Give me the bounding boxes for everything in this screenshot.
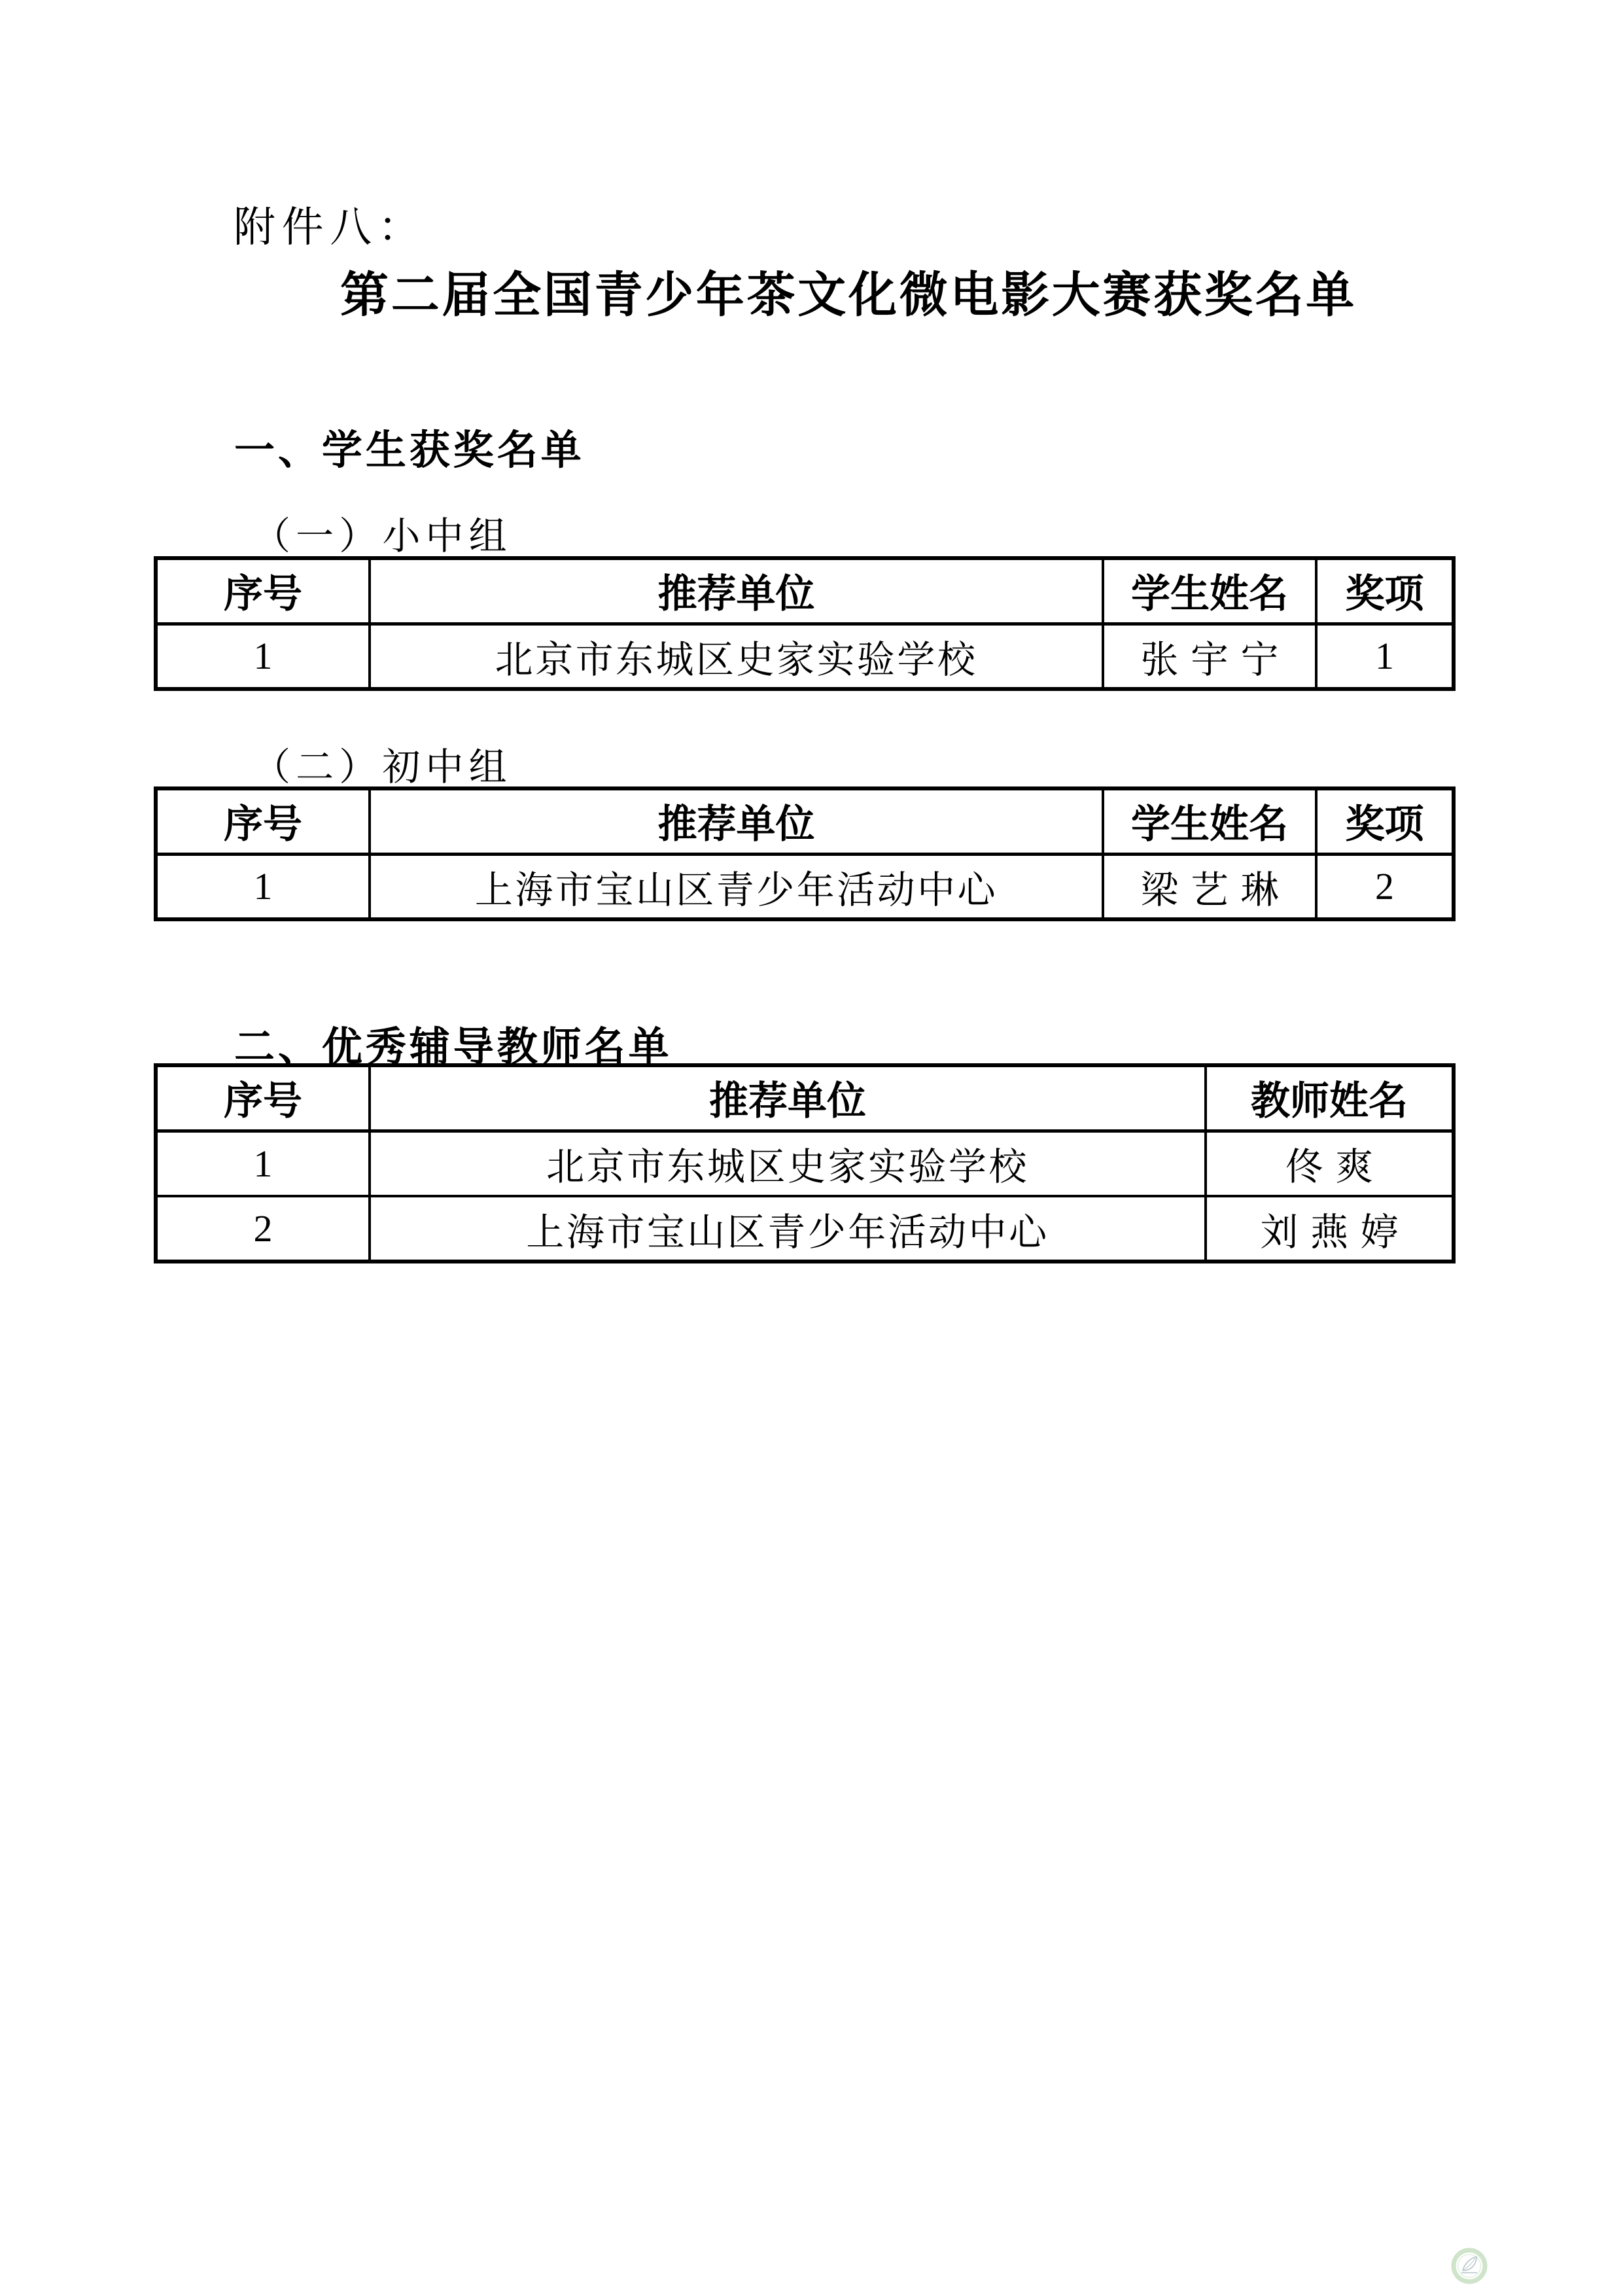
cell-award: 2 — [1316, 854, 1454, 919]
cell-unit: 北京市东城区史家实验学校 — [370, 624, 1103, 689]
cell-index: 1 — [156, 624, 370, 689]
subheading-primary-middle-group: （一）小中组 — [253, 505, 512, 560]
leaf-logo-icon — [1449, 2246, 1490, 2286]
column-header-student: 学生姓名 — [1103, 788, 1316, 854]
cell-index: 1 — [156, 1131, 370, 1196]
table-row: 2 上海市宝山区青少年活动中心 刘燕婷 — [156, 1196, 1454, 1262]
column-header-index: 序号 — [156, 558, 370, 624]
column-header-index: 序号 — [156, 788, 370, 854]
table-header-row: 序号 推荐单位 教师姓名 — [156, 1065, 1454, 1131]
table-row: 1 北京市东城区史家实验学校 张宇宁 1 — [156, 624, 1454, 689]
subheading-junior-middle-group: （二）初中组 — [253, 736, 512, 791]
cell-teacher: 佟爽 — [1206, 1131, 1454, 1196]
section-heading-student-awards: 一、学生获奖名单 — [234, 417, 585, 476]
column-header-award: 奖项 — [1316, 558, 1454, 624]
cell-teacher: 刘燕婷 — [1206, 1196, 1454, 1262]
cell-unit: 北京市东城区史家实验学校 — [370, 1131, 1206, 1196]
table-header-row: 序号 推荐单位 学生姓名 奖项 — [156, 788, 1454, 854]
table-row: 1 上海市宝山区青少年活动中心 梁艺琳 2 — [156, 854, 1454, 919]
cell-unit: 上海市宝山区青少年活动中心 — [370, 1196, 1206, 1262]
column-header-teacher: 教师姓名 — [1206, 1065, 1454, 1131]
cell-index: 1 — [156, 854, 370, 919]
column-header-unit: 推荐单位 — [370, 788, 1103, 854]
column-header-unit: 推荐单位 — [370, 1065, 1206, 1131]
teacher-awards-table: 序号 推荐单位 教师姓名 1 北京市东城区史家实验学校 佟爽 2 上海市宝山区青… — [154, 1063, 1456, 1263]
page-title: 第二届全国青少年茶文化微电影大赛获奖名单 — [340, 256, 1357, 326]
cell-index: 2 — [156, 1196, 370, 1262]
table-header-row: 序号 推荐单位 学生姓名 奖项 — [156, 558, 1454, 624]
document-page: 附件八： 第二届全国青少年茶文化微电影大赛获奖名单 一、学生获奖名单 （一）小中… — [0, 0, 1623, 2296]
student-awards-table-primary: 序号 推荐单位 学生姓名 奖项 1 北京市东城区史家实验学校 张宇宁 1 — [154, 556, 1456, 691]
column-header-student: 学生姓名 — [1103, 558, 1316, 624]
column-header-unit: 推荐单位 — [370, 558, 1103, 624]
cell-student: 张宇宁 — [1103, 624, 1316, 689]
column-header-index: 序号 — [156, 1065, 370, 1131]
cell-award: 1 — [1316, 624, 1454, 689]
cell-unit: 上海市宝山区青少年活动中心 — [370, 854, 1103, 919]
cell-student: 梁艺琳 — [1103, 854, 1316, 919]
attachment-label: 附件八： — [234, 194, 426, 254]
student-awards-table-junior: 序号 推荐单位 学生姓名 奖项 1 上海市宝山区青少年活动中心 梁艺琳 2 — [154, 786, 1456, 921]
table-row: 1 北京市东城区史家实验学校 佟爽 — [156, 1131, 1454, 1196]
column-header-award: 奖项 — [1316, 788, 1454, 854]
